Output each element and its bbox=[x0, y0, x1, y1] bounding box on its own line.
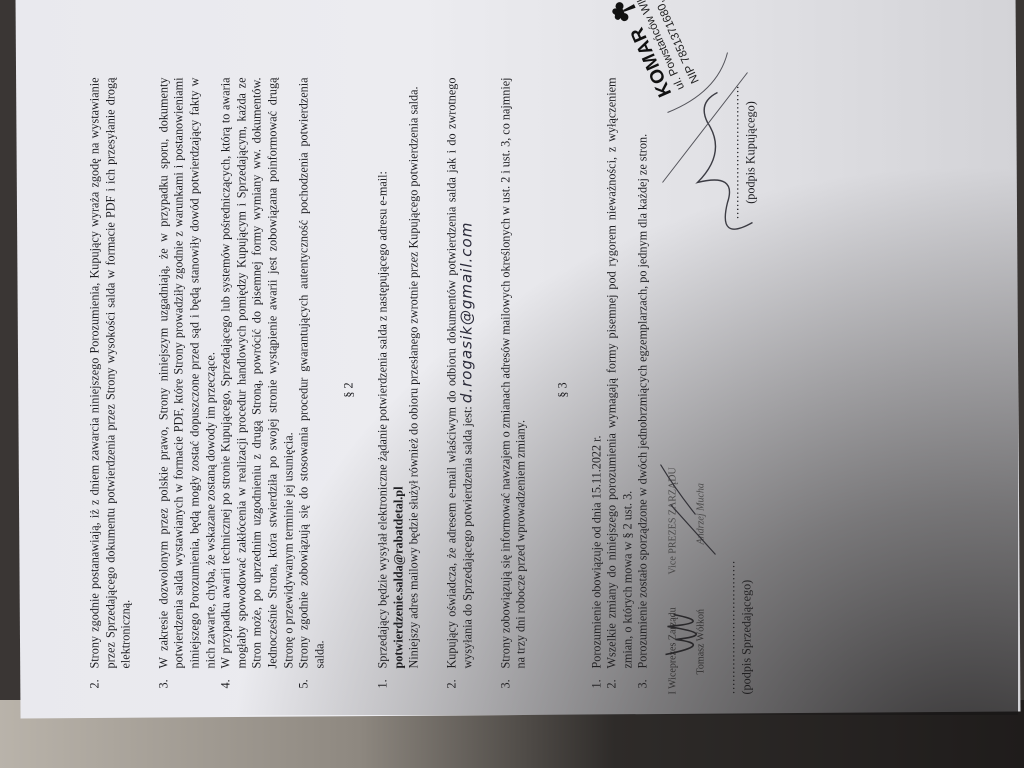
seller-signature-line: …………………………… bbox=[724, 465, 740, 695]
buyer-signature-block: …………………………… (podpis Kupującego) bbox=[728, 73, 759, 233]
section-heading: § 2 bbox=[342, 78, 358, 703]
list-item: 2.Wszelkie zmiany do niniejszego porozum… bbox=[605, 78, 636, 703]
list-item: 1.Porozumienie obowiązuje od dnia 15.11.… bbox=[589, 78, 605, 703]
clause-text: W przypadku awarii technicznej po stroni… bbox=[219, 78, 295, 669]
section3-list: 1.Porozumienie obowiązuje od dnia 15.11.… bbox=[589, 78, 651, 703]
document-page: 2.Strony zgodnie postanawiają, iż z dnie… bbox=[88, 78, 888, 703]
clause-text: Strony zgodnie postanawiają, iż z dniem … bbox=[88, 78, 133, 669]
buyer-signature-line: …………………………… bbox=[728, 73, 744, 233]
list-item: 3.W zakresie dozwolonym przez polskie pr… bbox=[156, 78, 218, 703]
seller-stamp-name: Tomasz Wółkoń bbox=[694, 609, 710, 675]
seller-stamp-title: I Wiceprezes Zarządu bbox=[666, 607, 682, 694]
seller-signature-block: I Wiceprezes Zarządu Tomasz Wółkoń Vice … bbox=[664, 465, 755, 695]
handwritten-buyer-email: d.rogasik@gmail.com bbox=[458, 222, 476, 403]
list-item: 2.Kupujący oświadcza, że adresem e-mail … bbox=[444, 78, 476, 703]
clause-text: Strony zgodnie zobowiązują się do stosow… bbox=[297, 78, 327, 669]
signatures-area: I Wiceprezes Zarządu Tomasz Wółkoń Vice … bbox=[658, 78, 808, 703]
seller-stamp-name-2: Andrzej Mucha bbox=[694, 483, 710, 544]
seller-email: potwierdzenie.salda@rabatdetal.pl bbox=[391, 487, 405, 669]
buyer-signature-caption: (podpis Kupującego) bbox=[743, 73, 759, 233]
list-item: 3.Strony zobowiązują się informować nawz… bbox=[498, 78, 529, 703]
section1-list: 2.Strony zgodnie postanawiają, iż z dnie… bbox=[88, 78, 328, 703]
seller-signature-caption: (podpis Sprzedającego) bbox=[739, 465, 755, 695]
list-item: 1.Sprzedający będzie wysyłał elektronicz… bbox=[375, 78, 422, 703]
list-item: 3.Porozumienie zostało sporządzone w dwó… bbox=[636, 78, 652, 703]
clause-text: Sprzedający będzie wysyłał elektroniczne… bbox=[375, 171, 389, 668]
seller-stamp-title-2: Vice PREZES ZARZĄDU bbox=[666, 467, 682, 574]
clause-text: Strony zobowiązują się informować nawzaj… bbox=[498, 78, 528, 669]
list-item: 5.Strony zgodnie zobowiązują się do stos… bbox=[297, 78, 328, 703]
clause-text: W zakresie dozwolonym przez polskie praw… bbox=[156, 78, 217, 669]
clause-text: Porozumienie zostało sporządzone w dwóch… bbox=[636, 134, 650, 669]
clause-text: Wszelkie zmiany do niniejszego porozumie… bbox=[605, 78, 635, 669]
clause-text: Porozumienie obowiązuje od dnia 15.11.20… bbox=[589, 435, 603, 668]
list-item: 2.Strony zgodnie postanawiają, iż z dnie… bbox=[88, 78, 135, 703]
section-heading: § 3 bbox=[556, 78, 572, 703]
section2-list: 1.Sprzedający będzie wysyłał elektronicz… bbox=[375, 78, 529, 703]
clause-text: Niniejszy adres mailowy będzie służył ró… bbox=[407, 86, 421, 668]
list-item: 4.W przypadku awarii technicznej po stro… bbox=[219, 78, 297, 703]
